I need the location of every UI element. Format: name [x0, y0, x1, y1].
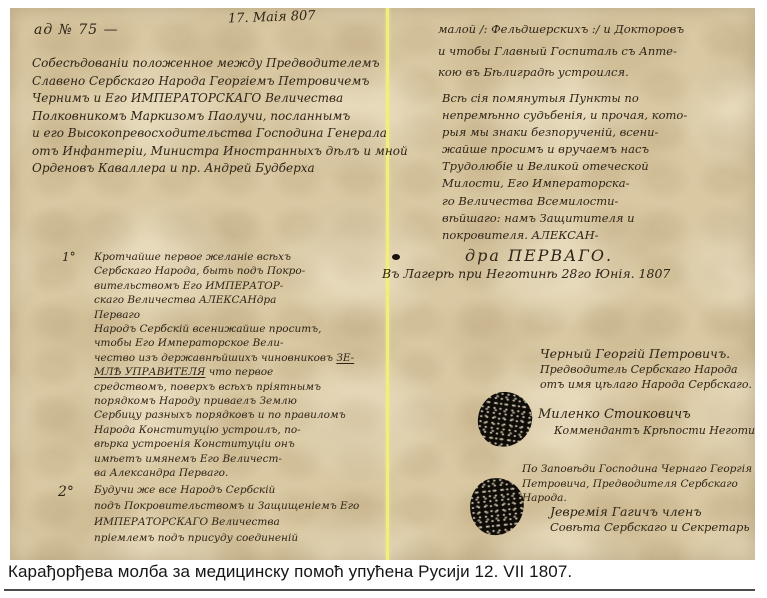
handwritten-line: средствомъ, поверхъ всѣхъ пріятнымъ — [94, 380, 326, 394]
handwritten-line: малой /: Фельдшерскихъ :/ и Докторовъ — [438, 19, 738, 41]
document-number: ад № 75 — — [34, 22, 119, 38]
handwritten-line: Всѣ сія помянутыя Пункты по — [442, 90, 742, 107]
right-page-closing-paragraph: Всѣ сія помянутыя Пункты понепремѣнно су… — [442, 90, 742, 244]
handwritten-line: Славено Сербскаго Народа Георгіемъ Петро… — [32, 73, 388, 91]
handwritten-line: отъ Инфантеріи, Министра Иностранныхъ дѣ… — [32, 143, 388, 161]
handwritten-line: подъ Покровительствомъ и Защищеніемъ Его — [94, 498, 334, 514]
handwritten-line: вительствомъ Его ИМПЕРАТОР- — [94, 279, 326, 293]
caption-divider-rule — [4, 589, 755, 591]
handwritten-line: ва Александра Перваго. — [94, 466, 326, 480]
handwritten-line: Милости, Его Императорска- — [442, 175, 742, 192]
handwritten-line: Јевремія Гагичъ членъ — [550, 504, 750, 520]
handwritten-line: Полковникомъ Маркизомъ Паолучи, посланны… — [32, 108, 388, 126]
handwritten-line: вѣрка устроенія Конституціи онъ — [94, 437, 326, 451]
handwritten-line: Коммендантъ Крѣпости Неготинскія — [554, 423, 755, 439]
handwritten-line: Миленко Стоиковичъ — [538, 407, 755, 423]
handwritten-line: Петровича, Предводителя Сербскаго — [522, 477, 752, 492]
right-page-top-paragraph: малой /: Фельдшерскихъ :/ и Докторовъи ч… — [438, 19, 738, 84]
handwritten-line: вѣйшаго: намъ Защитителя и — [442, 210, 742, 227]
handwritten-line: и чтобы Главный Госпиталь съ Апте- — [438, 41, 738, 63]
handwritten-line: имѣетъ имянемъ Его Величест- — [94, 452, 326, 466]
handwritten-line: МЛѢ УПРАВИТЕЛЯ что первое — [94, 365, 326, 379]
signature-milenko-stojkovic: Миленко СтоиковичъКоммендантъ Крѣпости Н… — [538, 407, 755, 438]
handwritten-line: порядкомъ Народу приваелъ Землю — [94, 394, 326, 408]
item-1-paragraph: Кротчайше первое желаніе всѣхъСербскаго … — [94, 250, 326, 481]
handwritten-line: Будучи же все Народъ Сербскій — [94, 482, 334, 498]
item-2-paragraph: Будучи же все Народъ Сербскійподъ Покров… — [94, 482, 334, 546]
handwritten-line: Народъ Сербскій всенижайше проситъ, — [94, 322, 326, 336]
received-date: 17. Маія 807 — [228, 8, 316, 26]
item-2-marker: 2° — [58, 484, 74, 500]
alexander-the-first-line: дра ПЕРВАГО. — [465, 246, 613, 265]
handwritten-line: и его Высокопревосходительства Господина… — [32, 125, 388, 143]
handwritten-line: Трудолюбіе и Великой отеческой — [442, 158, 742, 175]
handwritten-line: Перваго — [94, 308, 326, 322]
wax-seal-top — [474, 389, 535, 451]
handwritten-line: го Величества Всемилости- — [442, 193, 742, 210]
handwritten-line: Сербицу разныхъ порядковъ и по правиломъ — [94, 408, 326, 422]
handwritten-line: рыя мы знаки безпорученій, всени- — [442, 124, 742, 141]
handwritten-line: Предводитель Сербскаго Народа — [540, 362, 752, 378]
signature-jevrem-gagic: Јевремія Гагичъ членъСовѣта Сербскаго и … — [550, 504, 750, 535]
handwritten-line: кою въ Бѣлиградѣ устроился. — [438, 62, 738, 84]
handwritten-line: жайше просимъ и вручаемъ насъ — [442, 141, 742, 158]
handwritten-line: отъ имя цѣлаго Народа Сербскаго. — [540, 377, 752, 393]
handwritten-line: Чернимъ и Его ИМПЕРАТОРСКАГО Величества — [32, 90, 388, 108]
signature-karadjordje: Черный Георгій Петровичъ.Предводитель Се… — [540, 346, 752, 393]
handwritten-line: По Заповѣди Господина Чернаго Георгія — [522, 462, 752, 477]
handwritten-line: Народа Конституцію устроилъ, по- — [94, 423, 326, 437]
handwritten-line: Кротчайше первое желаніе всѣхъ — [94, 250, 326, 264]
handwritten-line: пріемлемъ подъ присуду соединеній — [94, 530, 334, 546]
handwritten-line: Собесѣдованіи положенное между Предводит… — [32, 55, 388, 73]
item-1-marker: 1° — [62, 250, 76, 264]
dateline-negotin: Въ Лагерѣ при Неготинѣ 28го Юнія. 1807 — [382, 266, 754, 281]
handwritten-line: чтобы Его Императорское Вели- — [94, 336, 326, 350]
handwritten-line: Совѣта Сербскаго и Секретарь — [550, 520, 750, 536]
handwritten-line: Черный Георгій Петровичъ. — [540, 346, 752, 362]
photo-caption: Карађорђева молба за медицинску помоћ уп… — [8, 562, 572, 582]
handwritten-line: Сербскаго Народа, быть подъ Покро- — [94, 264, 326, 278]
handwritten-line: чество изъ державнѣйшихъ чиновниковъ ЗЕ- — [94, 351, 326, 365]
wax-seal-bottom — [467, 475, 527, 537]
handwritten-line: скаго Величества АЛЕКСАНдра — [94, 293, 326, 307]
signature-by-order-note: По Заповѣди Господина Чернаго ГеоргіяПет… — [522, 462, 752, 506]
handwritten-line: непремѣнно судьбенія, и прочая, кото- — [442, 107, 742, 124]
manuscript-photo: ад № 75 — 17. Маія 807 Собесѣдованіи пол… — [10, 8, 755, 560]
handwritten-line: покровителя. АЛЕКСАН- — [442, 227, 742, 244]
handwritten-line: ИМПЕРАТОРСКАГО Величества — [94, 514, 334, 530]
intro-paragraph: Собесѣдованіи положенное между Предводит… — [32, 55, 388, 178]
ink-blot — [392, 254, 400, 260]
handwritten-line: Орденовъ Каваллера и пр. Андрей Будберха — [32, 160, 388, 178]
